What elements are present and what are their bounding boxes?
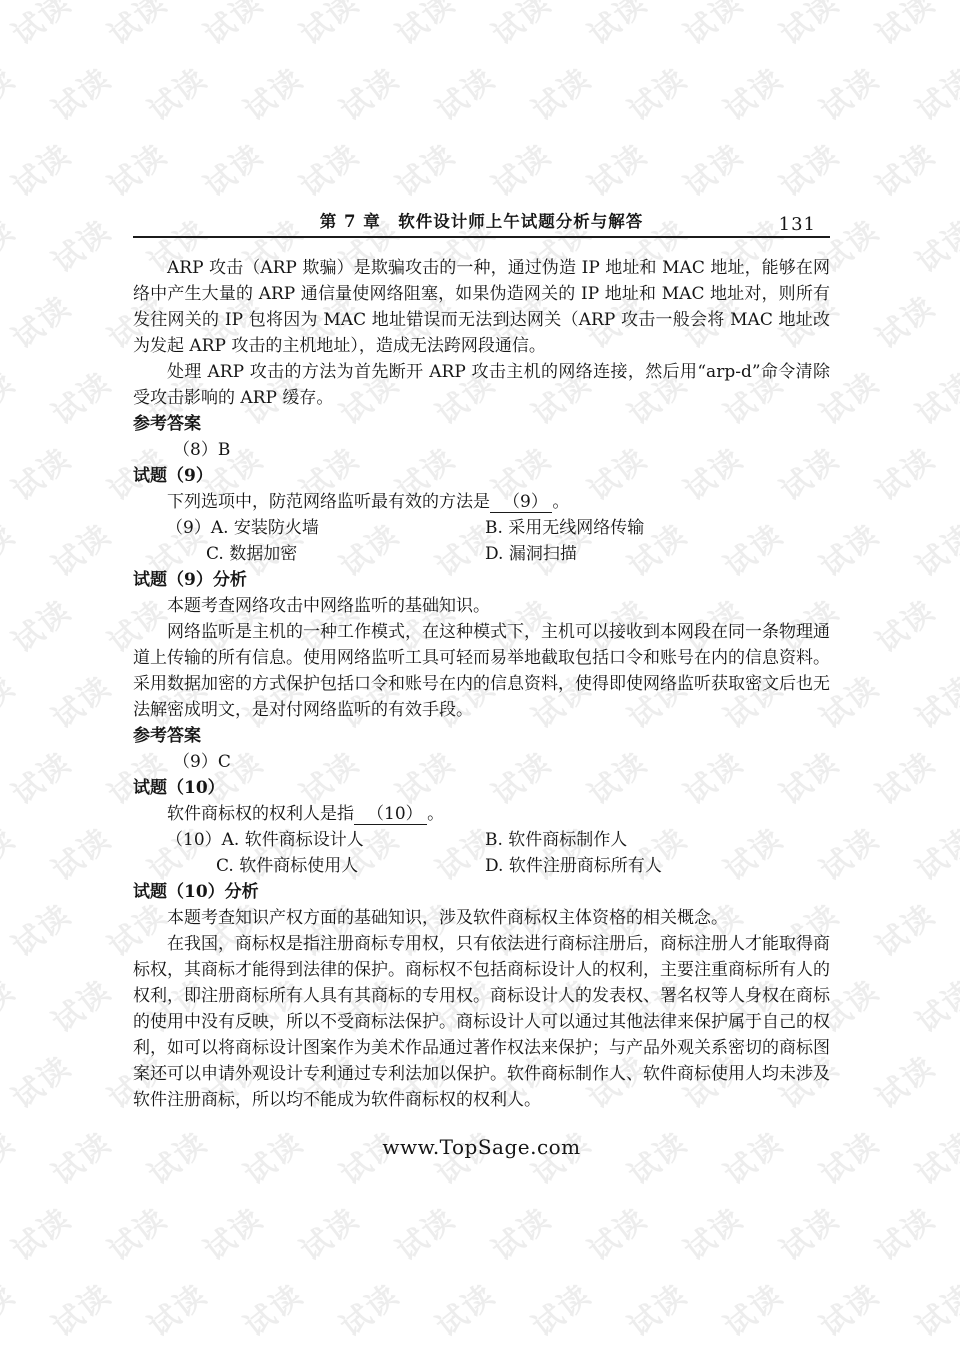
watermark-text: 试读: [865, 1195, 943, 1269]
page-number: 131: [779, 214, 816, 235]
watermark-text: 试读: [289, 1195, 367, 1269]
question-10-option-b: B. 软件商标制作人: [485, 827, 627, 853]
paragraph-arp-handling: 处理 ARP 攻击的方法为首先断开 ARP 攻击主机的网络连接，然后用“arp-…: [133, 359, 830, 411]
question-9-option-a: （9）A. 安装防火墙: [133, 515, 485, 541]
question-10-analysis-p1: 本题考查知识产权方面的基础知识，涉及软件商标权主体资格的相关概念。: [133, 905, 830, 931]
question-10-option-c: C. 软件商标使用人: [133, 853, 485, 879]
answer-9: （9）C: [133, 749, 830, 775]
watermark-text: 试读: [233, 1271, 311, 1345]
question-10-blank: （10）: [354, 804, 427, 825]
watermark-text: 试读: [577, 1195, 655, 1269]
watermark-text: 试读: [329, 1271, 407, 1345]
question-10-option-d: D. 软件注册商标所有人: [485, 853, 662, 879]
question-9-blank: （9）: [490, 492, 552, 513]
question-9-period: 。: [552, 492, 569, 512]
question-10-analysis-p2: 在我国，商标权是指注册商标专用权，只有依法进行商标注册后，商标注册人才能取得商标…: [133, 931, 830, 1113]
document-body: ARP 攻击（ARP 欺骗）是欺骗攻击的一种，通过伪造 IP 地址和 MAC 地…: [133, 238, 830, 1160]
question-10-stem: 软件商标权的权利人是指（10）。: [133, 801, 830, 827]
answer-8: （8）B: [133, 437, 830, 463]
question-9-analysis-p2: 网络监听是主机的一种工作模式，在这种模式下，主机可以接收到本网段在同一条物理通道…: [133, 619, 830, 723]
question-10-text: 软件商标权的权利人是指: [167, 804, 354, 824]
page-header: 第 7 章 软件设计师上午试题分析与解答 131: [133, 208, 830, 238]
watermark-text: 试读: [425, 1271, 503, 1345]
watermark-text: 试读: [481, 1195, 559, 1269]
watermark-text: 试读: [713, 1271, 791, 1345]
watermark-text: 试读: [385, 1195, 463, 1269]
question-9-option-d: D. 漏洞扫描: [485, 541, 577, 567]
watermark-text: 试读: [617, 1271, 695, 1345]
document-page: 试读试读试读试读试读试读试读试读试读试读试读试读试读试读试读试读试读试读试读试读…: [0, 0, 960, 1357]
heading-question-10: 试题（10）: [133, 775, 830, 801]
chapter-title: 第 7 章 软件设计师上午试题分析与解答: [320, 208, 643, 232]
page-content: 第 7 章 软件设计师上午试题分析与解答 131 ARP 攻击（ARP 欺骗）是…: [0, 0, 960, 1160]
watermark-text: 试读: [521, 1271, 599, 1345]
question-9-option-c: C. 数据加密: [133, 541, 485, 567]
watermark-text: 试读: [809, 1271, 887, 1345]
question-10-options-row-2: C. 软件商标使用人 D. 软件注册商标所有人: [133, 853, 830, 879]
heading-question-9: 试题（9）: [133, 463, 830, 489]
watermark-text: 试读: [0, 1271, 23, 1345]
question-10-option-a: （10）A. 软件商标设计人: [133, 827, 485, 853]
question-10-period: 。: [427, 804, 444, 824]
watermark-text: 试读: [769, 1195, 847, 1269]
heading-question-9-analysis: 试题（9）分析: [133, 567, 830, 593]
question-9-options-row-2: C. 数据加密 D. 漏洞扫描: [133, 541, 830, 567]
question-9-option-b: B. 采用无线网络传输: [485, 515, 644, 541]
question-10-options-row-1: （10）A. 软件商标设计人 B. 软件商标制作人: [133, 827, 830, 853]
watermark-text: 试读: [673, 1195, 751, 1269]
heading-question-10-analysis: 试题（10）分析: [133, 879, 830, 905]
watermark-text: 试读: [97, 1195, 175, 1269]
watermark-text: 试读: [137, 1271, 215, 1345]
question-9-analysis-p1: 本题考查网络攻击中网络监听的基础知识。: [133, 593, 830, 619]
question-9-options-row-1: （9）A. 安装防火墙 B. 采用无线网络传输: [133, 515, 830, 541]
watermark-text: 试读: [193, 1195, 271, 1269]
watermark-text: 试读: [41, 1271, 119, 1345]
watermark-text: 试读: [905, 1271, 960, 1345]
watermark-text: 试读: [1, 1195, 79, 1269]
paragraph-arp-attack: ARP 攻击（ARP 欺骗）是欺骗攻击的一种，通过伪造 IP 地址和 MAC 地…: [133, 255, 830, 359]
heading-reference-answer-8: 参考答案: [133, 411, 830, 437]
heading-reference-answer-9: 参考答案: [133, 723, 830, 749]
question-9-stem: 下列选项中，防范网络监听最有效的方法是（9）。: [133, 489, 830, 515]
question-9-text: 下列选项中，防范网络监听最有效的方法是: [167, 492, 490, 512]
footer-url: www.TopSage.com: [133, 1134, 830, 1160]
